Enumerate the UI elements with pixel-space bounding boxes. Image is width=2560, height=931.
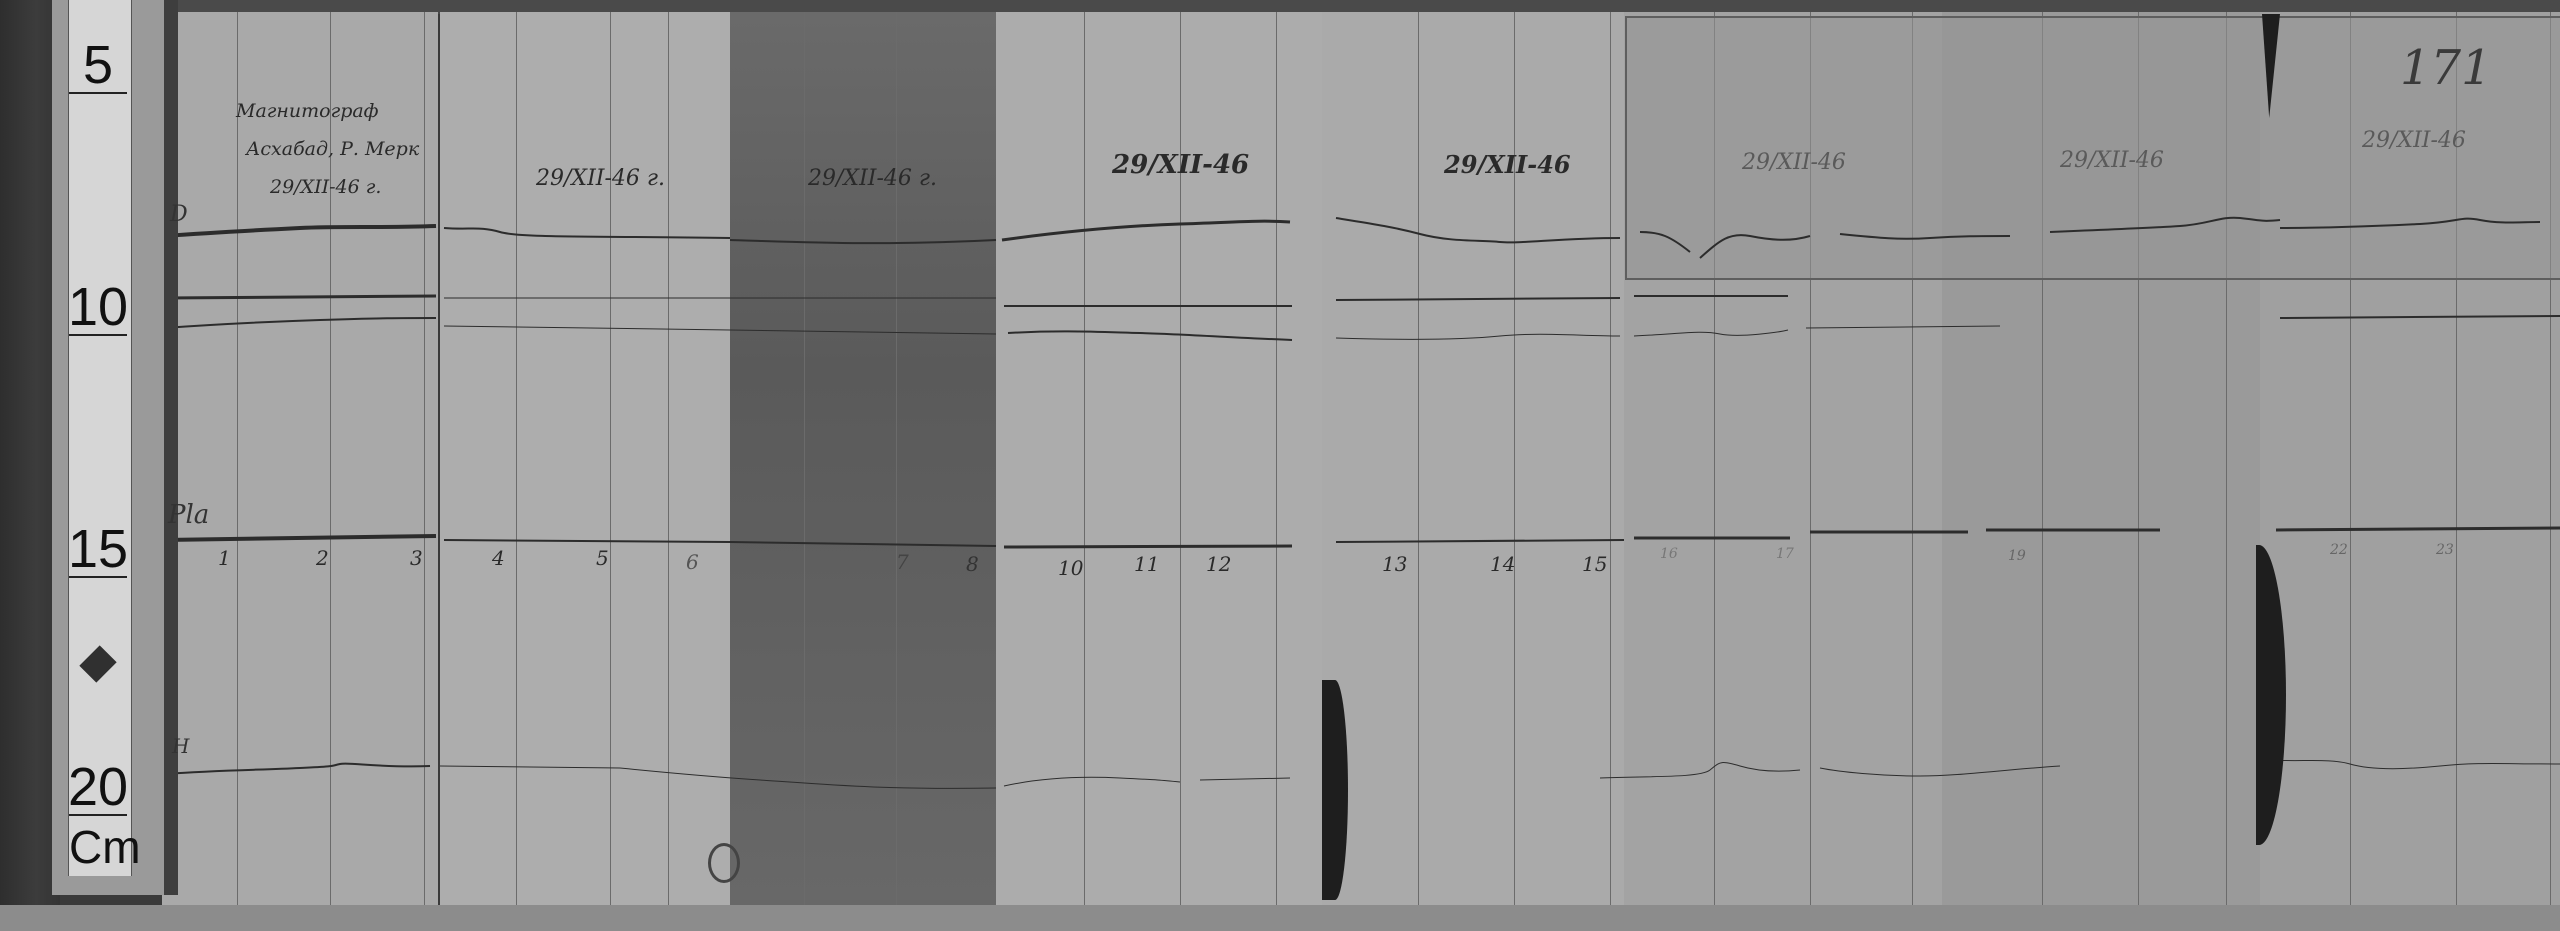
diamond-icon <box>79 645 116 682</box>
hour-label: 23 <box>2436 542 2454 558</box>
strip-date: 29/XII-46 <box>1444 150 1571 179</box>
strip-date: 29/XII-46 <box>2060 148 2164 173</box>
strip-date: 29/XII-46 <box>1112 150 1249 180</box>
page-number: 171 <box>2400 40 2492 96</box>
hour-label: 2 <box>316 546 329 570</box>
hour-label: 8 <box>966 552 979 576</box>
scale-tick-15: 15 <box>69 336 127 578</box>
strip-date: 29/XII-46 г. <box>808 166 937 191</box>
hour-label: 17 <box>1776 546 1794 562</box>
frame-bottom-edge <box>0 905 2560 931</box>
scale-unit: Cm <box>69 820 127 874</box>
hour-label: 4 <box>492 546 505 570</box>
hour-label: 5 <box>596 546 609 570</box>
trace-label-h: H <box>172 734 189 758</box>
punch-hole <box>708 843 740 883</box>
trace-label-d: D <box>170 202 188 227</box>
hour-label: 1 <box>218 546 231 570</box>
hour-label: 3 <box>410 546 423 570</box>
cm-scale-bar: 5 10 15 20 Cm <box>68 0 132 876</box>
scale-tick-10: 10 <box>69 94 127 336</box>
strip-date: 29/XII-46 г. <box>536 166 665 191</box>
hour-label: 13 <box>1382 552 1407 576</box>
hour-label: 12 <box>1206 552 1231 576</box>
note-line-3: 29/XII-46 г. <box>270 176 381 198</box>
hour-label: 19 <box>2008 548 2026 564</box>
shadow-artifact <box>1322 680 1348 900</box>
magnetogram-photo: 5 10 15 20 Cm Магнитограф Асхабад, Р. Ме… <box>0 0 2560 931</box>
strip-date: 29/XII-46 <box>1742 150 1846 175</box>
strip-date: 29/XII-46 <box>2362 128 2466 153</box>
note-line-1: Магнитограф <box>236 100 379 122</box>
hour-label: 15 <box>1582 552 1607 576</box>
hour-label: 6 <box>686 550 699 574</box>
trace-label-baseline: Pla <box>168 500 209 530</box>
hour-label: 7 <box>896 550 909 574</box>
hour-label: 11 <box>1134 552 1159 576</box>
hour-label: 14 <box>1490 552 1515 576</box>
hour-label: 16 <box>1660 546 1678 562</box>
hour-label: 22 <box>2330 542 2348 558</box>
note-line-2: Асхабад, Р. Мерк <box>246 138 419 160</box>
hour-label: 10 <box>1058 556 1083 580</box>
scale-tick-5: 5 <box>69 0 127 94</box>
scale-tick-20: 20 <box>69 700 127 816</box>
